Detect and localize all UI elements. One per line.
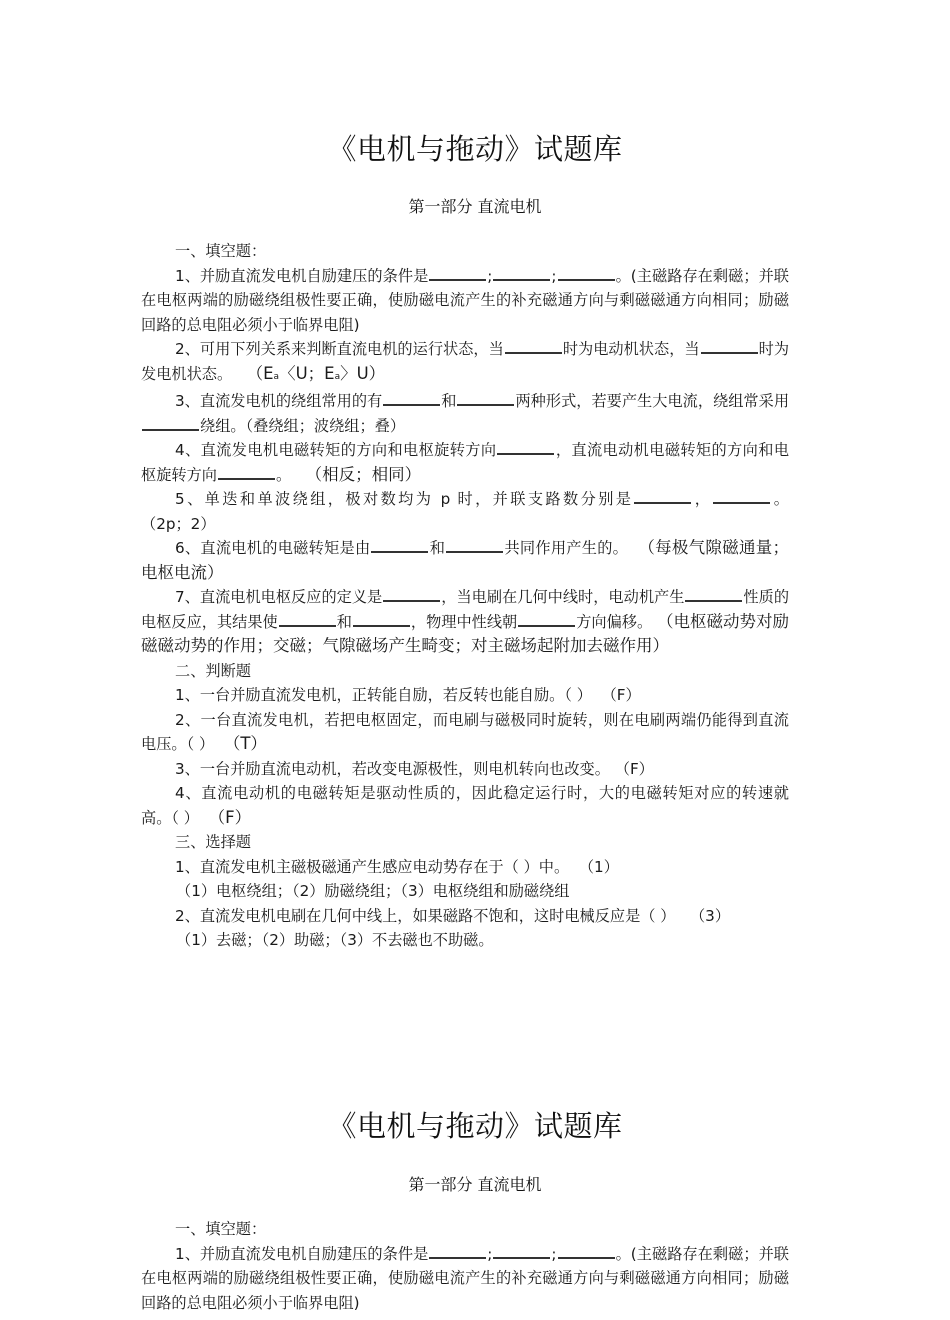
fill-section-heading-repeat: 一、填空题： xyxy=(141,1217,789,1242)
fill-question-2: 2、可用下列关系来判断直流电机的运行状态，当时为电动机状态，当时为发电机状态。 … xyxy=(141,337,789,389)
choice-options-1: （1）电枢绕组；（2）励磁绕组；（3）电枢绕组和励磁绕组 xyxy=(141,879,789,904)
question-body-repeat: 一、填空题： 1、并励直流发电机自励建压的条件是;;。(主磁路存在剩磁；并联在电… xyxy=(141,1217,789,1315)
section-title: 第一部分 直流电机 xyxy=(0,194,950,217)
fill-question-3: 3、直流发电机的绕组常用的有和两种形式，若要产生大电流，绕组常采用绕组。（叠绕组… xyxy=(141,389,789,438)
answer-blank xyxy=(446,537,503,553)
fill-question-4: 4、直流发电机电磁转矩的方向和电枢旋转方向，直流电动机电磁转矩的方向和电枢旋转方… xyxy=(141,438,789,487)
judge-question-1: 1、一台并励直流发电机，正转能自励，若反转也能自励。（ ） （F） xyxy=(141,683,789,708)
answer-text: （3） xyxy=(690,907,730,925)
fill-question-1-repeat: 1、并励直流发电机自励建压的条件是;;。(主磁路存在剩磁；并联在电枢两端的励磁绕… xyxy=(141,1242,789,1316)
answer-blank xyxy=(353,611,410,627)
section-title-repeat: 第一部分 直流电机 xyxy=(0,1172,950,1195)
answer-blank xyxy=(634,488,691,504)
answer-blank xyxy=(383,586,440,602)
answer-blank xyxy=(383,390,440,406)
answer-blank xyxy=(558,1243,615,1259)
answer-blank xyxy=(505,338,562,354)
answer-blank xyxy=(142,415,199,431)
answer-blank xyxy=(497,439,554,455)
answer-blank xyxy=(493,265,550,281)
answer-blank xyxy=(558,265,615,281)
answer-text: （T） xyxy=(224,734,267,753)
answer-text: （相反；相同） xyxy=(306,465,422,484)
document-title-repeat: 《电机与拖动》试题库 xyxy=(0,1104,950,1145)
answer-blank xyxy=(713,488,770,504)
fill-question-6: 6、直流电机的电磁转矩是由和共同作用产生的。 （每极气隙磁通量；电枢电流） xyxy=(141,536,789,585)
answer-blank xyxy=(518,611,575,627)
answer-blank xyxy=(493,1243,550,1259)
answer-blank xyxy=(701,338,758,354)
answer-blank xyxy=(218,464,275,480)
answer-blank xyxy=(371,537,428,553)
fill-section-heading: 一、填空题： xyxy=(141,239,789,264)
choice-question-2: 2、直流发电机电刷在几何中线上，如果磁路不饱和，这时电械反应是（ ） （3） xyxy=(141,904,789,929)
judge-question-3: 3、一台并励直流电动机，若改变电源极性，则电机转向也改变。 （F） xyxy=(141,757,789,782)
judge-question-2: 2、一台直流发电机，若把电枢固定，而电刷与磁极同时旋转，则在电刷两端仍能得到直流… xyxy=(141,708,789,757)
answer-text: （F） xyxy=(602,686,641,704)
judge-question-4: 4、直流电动机的电磁转矩是驱动性质的，因此稳定运行时，大的电磁转矩对应的转速就高… xyxy=(141,781,789,830)
fill-question-5: 5、单迭和单波绕组，极对数均为 p 时，并联支路数分别是，。 （2p；2） xyxy=(141,487,789,536)
answer-blank xyxy=(457,390,514,406)
choice-question-1: 1、直流发电机主磁极磁通产生感应电动势存在于（ ）中。 （1） xyxy=(141,855,789,880)
question-body: 一、填空题： 1、并励直流发电机自励建压的条件是;;。(主磁路存在剩磁；并联在电… xyxy=(141,239,789,953)
answer-text: （F） xyxy=(209,808,252,827)
answer-text: （2p；2） xyxy=(141,515,216,533)
answer-blank xyxy=(685,586,742,602)
choice-options-2: （1）去磁；（2）助磁；（3）不去磁也不助磁。 xyxy=(141,928,789,953)
answer-text: （Ea〈U；Ea〉U） xyxy=(247,364,386,383)
answer-blank xyxy=(279,611,336,627)
judge-section-heading: 二、判断题 xyxy=(141,659,789,684)
fill-question-7: 7、直流电机电枢反应的定义是，当电刷在几何中线时，电动机产生性质的电枢反应，其结… xyxy=(141,585,789,659)
answer-text: （F） xyxy=(615,760,654,778)
answer-blank xyxy=(429,265,486,281)
answer-blank xyxy=(429,1243,486,1259)
fill-question-1: 1、并励直流发电机自励建压的条件是;;。(主磁路存在剩磁；并联在电枢两端的励磁绕… xyxy=(141,264,789,338)
answer-text: （1） xyxy=(579,858,619,876)
document-title: 《电机与拖动》试题库 xyxy=(0,127,950,168)
choice-section-heading: 三、选择题 xyxy=(141,830,789,855)
